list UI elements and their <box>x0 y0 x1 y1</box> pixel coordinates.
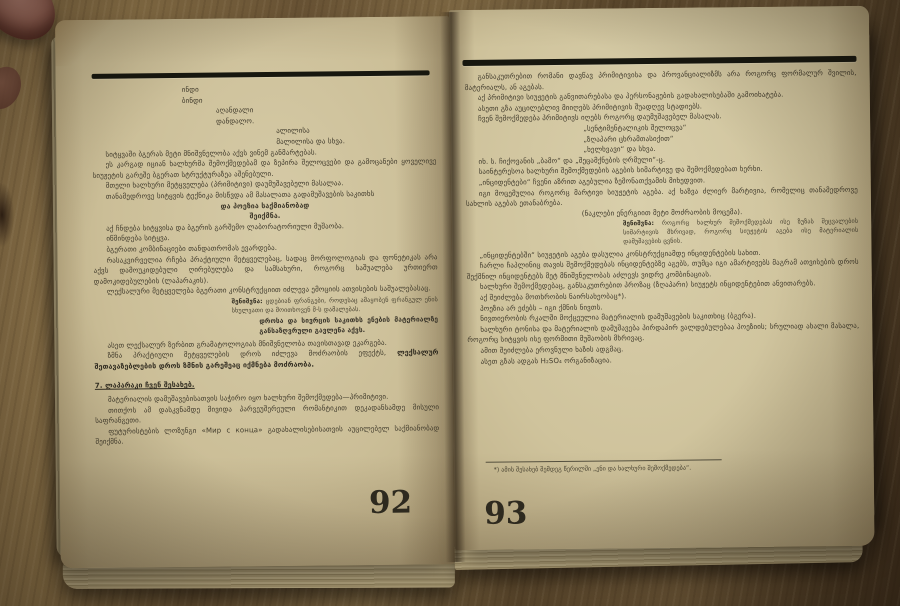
page-right-text: განსაკუთრებით რომანი დავწავ პრიმიტივისა … <box>465 68 860 367</box>
page-left-92: ინდიბინდიაღანდალიდანდალო.ალილისამალილისა… <box>55 16 455 568</box>
text-line: 7. ლაპარაკი ჩვენ შესახებ. <box>95 378 439 392</box>
page-right-93: განსაკუთრებით რომანი დავწავ პრიმიტივისა … <box>449 6 875 550</box>
footnote-text: *) ამის შესახებ შემდეგ წერილში „ენი და ხ… <box>494 463 824 475</box>
table-shadow-blob <box>0 183 14 247</box>
text-line: შენიშვნა: ცდებიან ფრანგები, როდესაც ამაყ… <box>232 296 439 316</box>
photo-of-open-book: ინდიბინდიაღანდალიდანდალო.ალილისამალილისა… <box>0 0 900 606</box>
text-line: შენიშვნა: როგორც ხალხურ შემოქმედებას ისე… <box>623 218 858 247</box>
text-line: ზმნა პრაქტიული მეტყველების დროს იძლევა მ… <box>94 348 438 373</box>
finger-shadow <box>0 61 28 115</box>
open-book: ინდიბინდიაღანდალიდანდალო.ალილისამალილისა… <box>37 0 889 604</box>
text-line: ლექსალური მეტყველება ბგერათი კონსტრუქციი… <box>94 284 438 298</box>
text-line: დროსა და სივრცის საკითხს ენების მატერიალ… <box>259 316 438 337</box>
text-line: ფუტურისტების ლოზუნგი «Мир с конца» გადახ… <box>95 423 439 448</box>
page-number-92: 92 <box>369 485 413 521</box>
top-rule-left <box>92 70 430 79</box>
page-number-93: 93 <box>484 495 528 531</box>
footnote-rule <box>486 459 722 462</box>
page-corner-curl <box>55 20 113 67</box>
top-rule-right <box>462 56 856 66</box>
text-line: რასაკვირველია რჩება პრაქტიული მეტყველება… <box>93 252 437 287</box>
page-left-text: ინდიბინდიაღანდალიდანდალო.ალილისამალილისა… <box>92 82 440 448</box>
